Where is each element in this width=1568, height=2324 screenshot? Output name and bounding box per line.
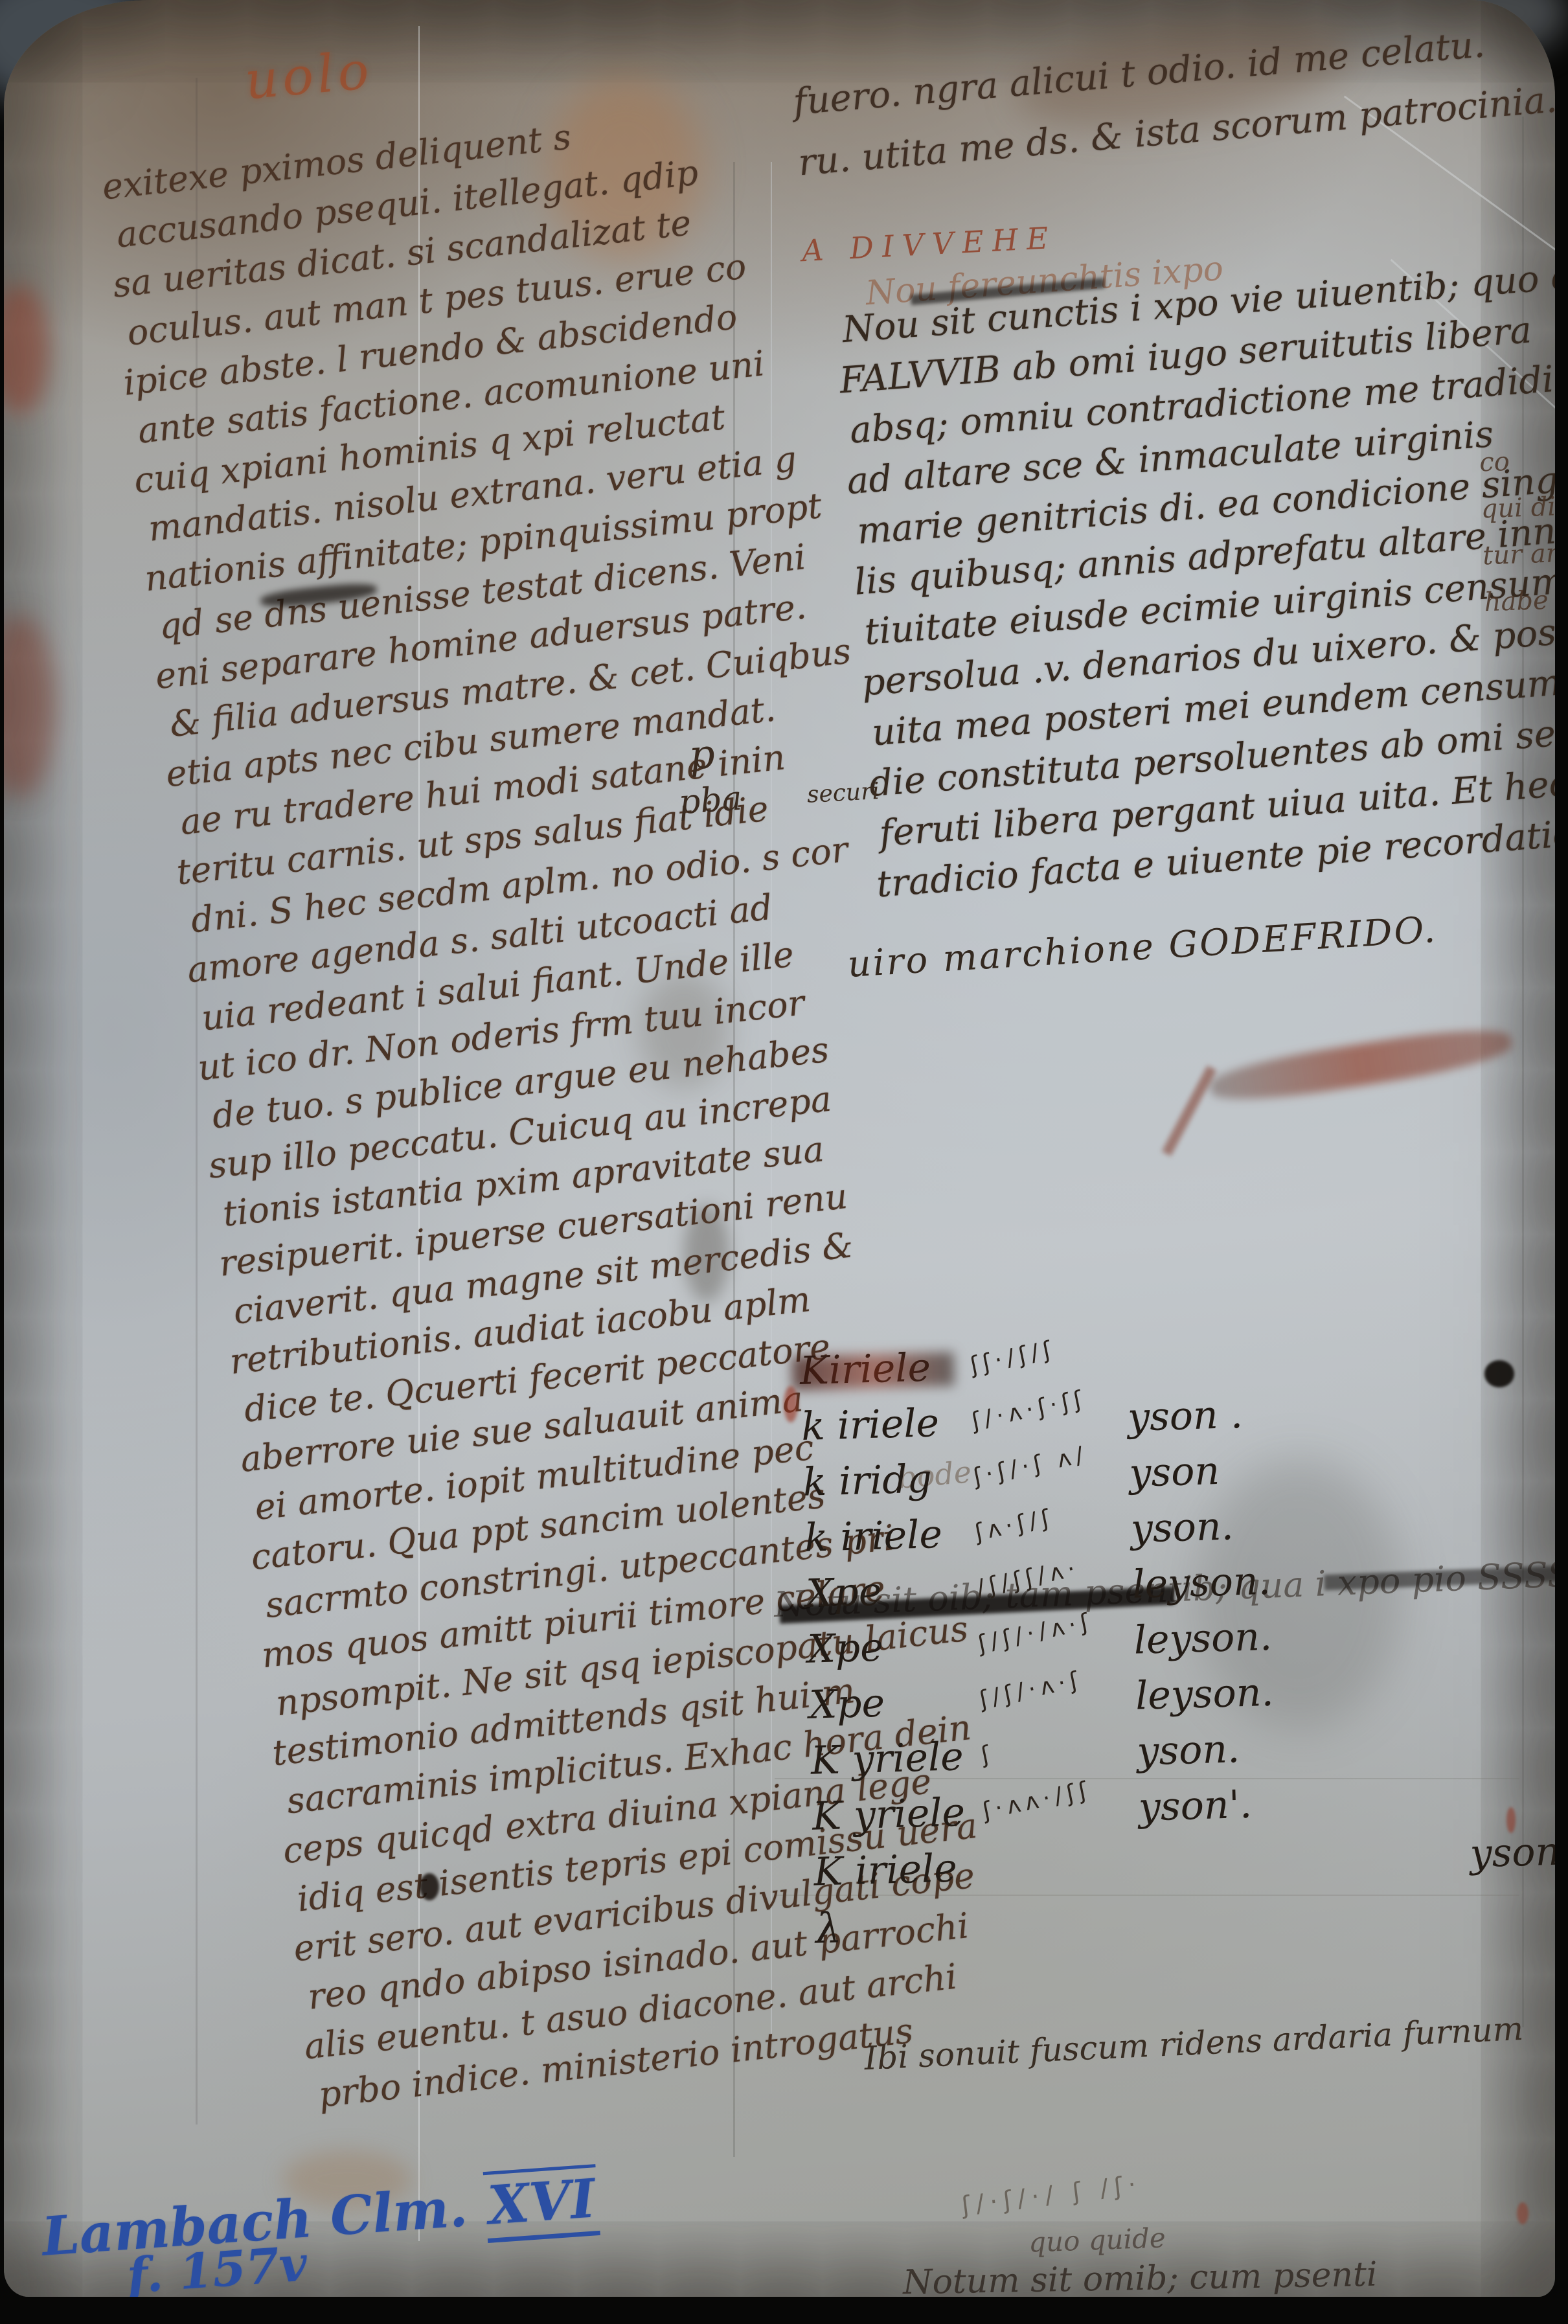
kyrie-response: yson . xyxy=(1127,1392,1243,1441)
kyrie-response: yson xyxy=(1129,1448,1220,1496)
kyrie-response: leyson. xyxy=(1133,1614,1273,1663)
erased-red-smudge xyxy=(1207,1021,1514,1110)
kyrie-invocation: K yriele xyxy=(810,1733,981,1783)
neume-scribble: ʃ∕·ʃ∕·∕ ʃ ∕ʃ· xyxy=(960,2169,1143,2220)
kyrie-invocation: K yriele xyxy=(812,1789,983,1839)
kyrie-invocation: k iriele xyxy=(801,1400,971,1450)
kyrie-invocation: K iriele xyxy=(813,1845,984,1895)
margin-note-line: qui di xyxy=(1481,483,1555,533)
folio-title-red: uolo xyxy=(242,40,375,111)
interlinear-correction: securi xyxy=(806,778,880,808)
manuscript-photo: uolo exitexe pximos deliquent saccusando… xyxy=(0,0,1568,2324)
kyrie-invocation: Xpe xyxy=(808,1678,979,1727)
margin-note-line: co xyxy=(1479,437,1555,486)
left-text-column: exitexe pximos deliquent saccusando pseq… xyxy=(100,97,926,2121)
kyrie-invocation: Xpe xyxy=(807,1623,978,1672)
kyrie-invocation: k iridg xyxy=(802,1455,973,1505)
marchio-name-line: uiro marchione GODEFRIDO. xyxy=(846,909,1438,986)
gutter-note-p: p xyxy=(688,730,717,779)
charter-text-block: Nou sit cunctis i xpo vie uiuentib; quo … xyxy=(834,248,1555,910)
kyrie-invocation: Xpe xyxy=(806,1567,977,1617)
parchment-page: uolo exitexe pximos deliquent saccusando… xyxy=(4,0,1555,2297)
red-fleck xyxy=(1517,2202,1528,2224)
faint-bottom-line: Notum sit omib; cum psenti xyxy=(903,2255,1378,2297)
kyrie-response: leyson. xyxy=(1135,1670,1274,1719)
ink-blot xyxy=(420,1873,439,1900)
kyrie-litany-block: Kiriele ʃʃ·∕ʃ∕ʃ k iriele ʃ∕·ʌ·ʃ·ʃʃ yson … xyxy=(799,1327,1555,1961)
stain xyxy=(4,615,56,797)
neume-notation xyxy=(986,1901,1140,1933)
red-fleck xyxy=(784,1386,798,1422)
stain xyxy=(4,285,49,415)
kyrie-invocation: λ xyxy=(815,1900,986,1953)
rubric-red: A DIVVEHE xyxy=(801,220,1058,269)
margin-note-line: tur am xyxy=(1482,530,1555,580)
neume-notation: ʃʃ·∕ʃ∕ʃ xyxy=(968,1321,1127,1379)
margin-notes: coqui ditur amhabe xyxy=(1479,437,1555,626)
kyrie-response: yson. xyxy=(1130,1503,1234,1551)
shelfmark-roman-numeral: XVI xyxy=(483,2164,600,2243)
ink-smear xyxy=(791,1352,954,1390)
faint-bottom-note: quo quide xyxy=(1028,2222,1166,2258)
gutter-note-pba: pba xyxy=(677,779,744,823)
kyrie-invocation: k iriele xyxy=(804,1511,975,1561)
ink-blot xyxy=(1484,1360,1514,1387)
kyrie-response: yson. xyxy=(1470,1828,1555,1876)
margin-note-line: habe xyxy=(1484,576,1555,626)
verse-line: Ibi sonuit fuscum ridens ardaria furnum xyxy=(863,2010,1524,2077)
kyrie-response: yson'. xyxy=(1138,1782,1253,1830)
erased-red-stroke xyxy=(1162,1065,1217,1156)
red-fleck xyxy=(1506,1807,1516,1833)
kyrie-response: yson. xyxy=(1137,1726,1240,1774)
kyrie-response: leyson. xyxy=(1131,1558,1271,1608)
